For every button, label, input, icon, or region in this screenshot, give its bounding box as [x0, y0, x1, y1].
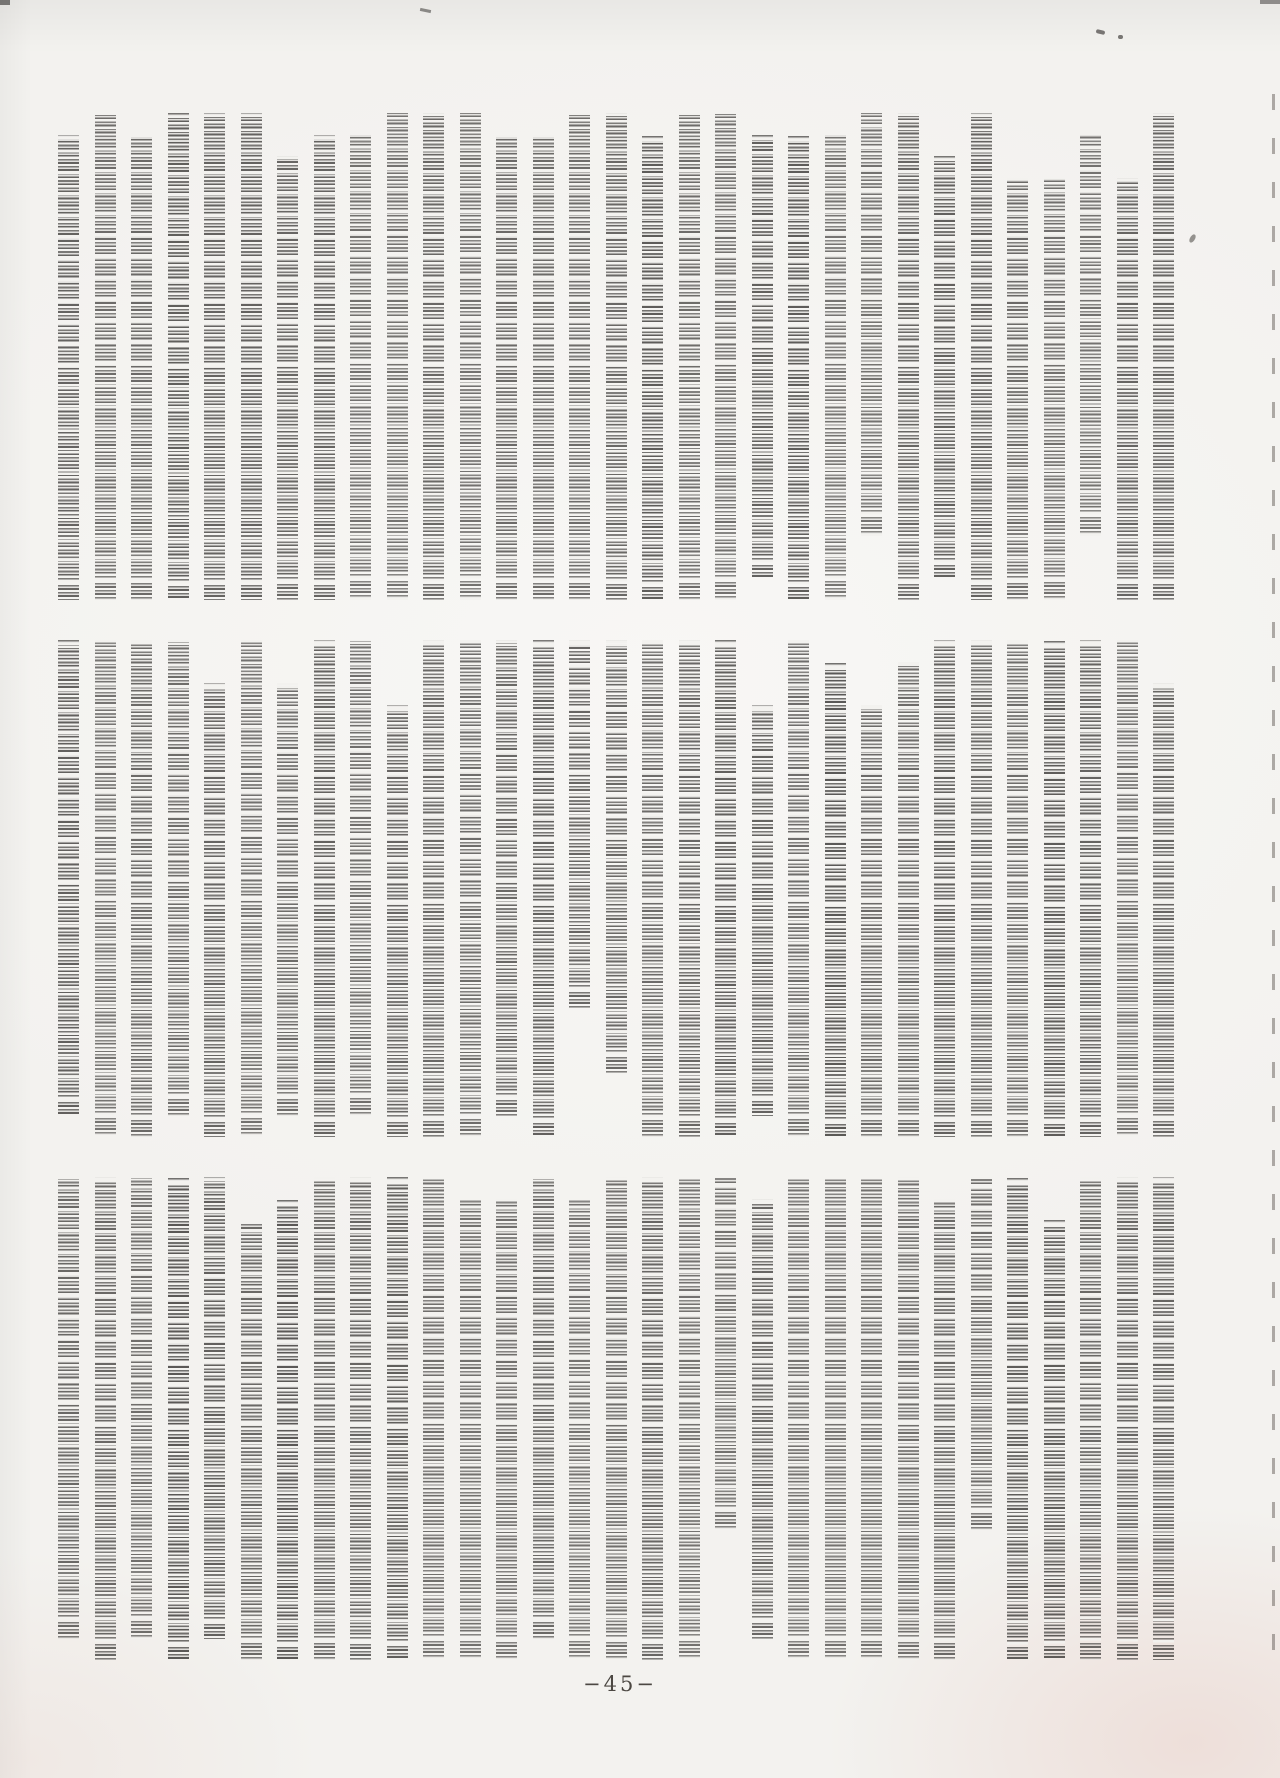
text-column	[679, 113, 700, 600]
text-column	[460, 1199, 481, 1661]
text-column	[387, 705, 408, 1138]
text-column	[496, 640, 517, 1116]
text-column	[95, 1177, 116, 1660]
text-column	[788, 640, 809, 1137]
text-column	[277, 1199, 298, 1661]
text-column	[1117, 1177, 1138, 1660]
text-column	[971, 1177, 992, 1531]
text-column	[168, 113, 189, 600]
text-column	[1117, 640, 1138, 1137]
scan-edge-artifact	[1272, 90, 1275, 1650]
text-column	[204, 1177, 225, 1639]
text-column	[715, 640, 736, 1137]
text-column	[934, 156, 955, 579]
scan-speck	[1118, 35, 1123, 39]
text-column	[642, 1177, 663, 1660]
scan-speck	[420, 8, 431, 13]
text-column	[241, 640, 262, 1137]
text-column	[606, 113, 627, 600]
text-block-bottom	[58, 1177, 1174, 1660]
text-column	[934, 640, 955, 1137]
text-column	[642, 640, 663, 1137]
text-column	[350, 135, 371, 601]
text-block-top	[58, 113, 1174, 600]
text-column	[350, 1177, 371, 1660]
text-column	[533, 135, 554, 601]
page-number: −45−	[560, 1672, 680, 1696]
text-column	[533, 640, 554, 1137]
text-column	[314, 640, 335, 1137]
text-column	[1007, 1177, 1028, 1660]
text-column	[496, 1199, 517, 1661]
text-column	[1080, 1177, 1101, 1660]
text-column	[387, 1177, 408, 1660]
text-column	[825, 1177, 846, 1660]
text-block-middle	[58, 640, 1174, 1137]
text-column	[1044, 1220, 1065, 1660]
text-column	[606, 640, 627, 1073]
text-column	[752, 135, 773, 579]
text-column	[861, 1177, 882, 1660]
text-column	[168, 640, 189, 1116]
text-column	[95, 113, 116, 600]
text-column	[58, 640, 79, 1116]
text-column	[314, 135, 335, 601]
text-column	[460, 113, 481, 600]
text-column	[898, 1177, 919, 1660]
text-column	[788, 135, 809, 601]
text-column	[752, 705, 773, 1116]
text-column	[58, 1177, 79, 1639]
scan-speck	[1260, 0, 1280, 4]
text-column	[131, 135, 152, 601]
text-column	[350, 640, 371, 1116]
text-column	[1044, 640, 1065, 1137]
text-column	[1153, 683, 1174, 1137]
text-column	[861, 705, 882, 1138]
text-column	[423, 113, 444, 600]
text-column	[1007, 640, 1028, 1137]
text-column	[752, 1199, 773, 1639]
text-column	[569, 113, 590, 600]
text-column	[314, 1177, 335, 1660]
text-column	[204, 113, 225, 600]
text-column	[971, 640, 992, 1137]
text-column	[715, 1177, 736, 1531]
text-column	[1080, 640, 1101, 1137]
text-column	[788, 1177, 809, 1660]
text-column	[423, 640, 444, 1137]
text-column	[861, 113, 882, 536]
text-column	[423, 1177, 444, 1660]
text-column	[168, 1177, 189, 1660]
text-column	[460, 640, 481, 1137]
text-column	[1080, 135, 1101, 536]
scanned-page: −45−	[0, 0, 1280, 1778]
text-column	[1117, 178, 1138, 601]
text-column	[131, 1177, 152, 1639]
scan-speck	[1096, 29, 1106, 35]
scan-speck	[0, 0, 10, 5]
text-column	[934, 1199, 955, 1661]
text-column	[606, 1177, 627, 1660]
text-column	[898, 113, 919, 600]
text-column	[971, 113, 992, 600]
text-column	[95, 640, 116, 1137]
text-column	[569, 1199, 590, 1661]
text-column	[241, 113, 262, 600]
text-column	[715, 113, 736, 600]
text-column	[898, 662, 919, 1138]
text-column	[496, 135, 517, 601]
text-column	[1044, 178, 1065, 601]
text-column	[825, 135, 846, 601]
text-column	[533, 1177, 554, 1639]
text-column	[1153, 113, 1174, 600]
text-column	[679, 1177, 700, 1660]
text-column	[825, 662, 846, 1138]
text-column	[679, 640, 700, 1137]
text-column	[277, 683, 298, 1116]
text-column	[1153, 1177, 1174, 1660]
text-column	[277, 156, 298, 600]
text-column	[204, 683, 225, 1137]
text-column	[241, 1220, 262, 1660]
text-column	[1007, 178, 1028, 601]
text-column	[131, 640, 152, 1137]
text-column	[387, 113, 408, 600]
text-column	[58, 135, 79, 601]
scan-speck	[1188, 233, 1196, 243]
text-column	[642, 135, 663, 601]
text-column	[569, 640, 590, 1008]
